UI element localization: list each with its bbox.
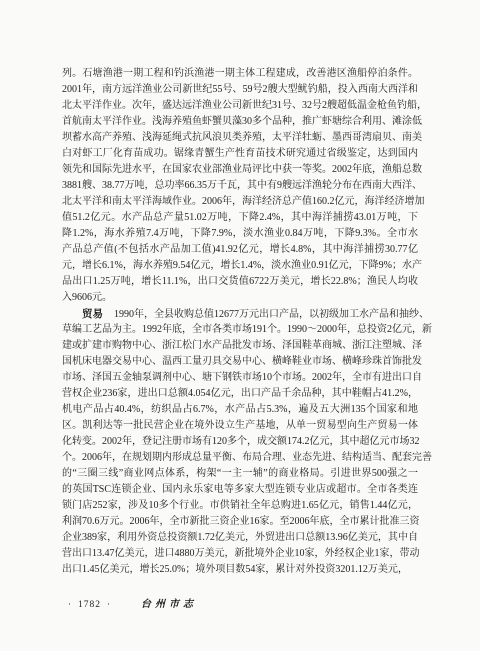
- page-number: ·1782·: [62, 597, 117, 612]
- text-line: 营权企业236家，进出口总额4.054亿元，出口产品千余品种，其中鞋帽占41.2…: [62, 386, 418, 402]
- section-heading-trade: 贸易: [82, 308, 103, 320]
- text-line: 坝蓄水高产养殖、浅海延绳式抗风浪贝类养殖，太平洋牡蛎、墨西哥湾扇贝、南美: [62, 130, 418, 146]
- text-line: 2001年，南方远洋渔业公司新世纪55号、59号2艘大型鱿钓船，投入西南大西洋和: [62, 82, 418, 98]
- text-line: 锁门店252家，涉及10多个行业。市供销社全年总购进1.65亿元，销售1.44亿…: [62, 498, 418, 514]
- text-line: 北太平洋和南太平洋海域作业。2006年，海洋经济总产值160.2亿元，海洋经济增…: [62, 194, 418, 210]
- text-line: 降1.2%，海水养殖7.4万吨，下降7.9%，淡水渔业0.84万吨，下降9.3%…: [62, 226, 418, 242]
- text-line: 出口1.45亿美元，增长25.0%；境外项目数54家，累计对外投资3201.12…: [62, 562, 418, 578]
- text-line: 国机床电器交易中心、温西工量刃具交易中心、横峰鞋业市场、横峰珍珠首饰批发: [62, 354, 418, 370]
- text-line: 入9606元。: [62, 290, 418, 306]
- paragraph-trade: 贸易1990年，全县收购总值12677万元出口产品，以初级加工水产品和抽纱、 草…: [62, 306, 418, 578]
- page-footer: ·1782· 台州市志: [62, 597, 418, 612]
- scanned-book-page: 列。石塘渔港一期工程和钓浜渔港一期主体工程建成，改善港区渔船停泊条件。 2001…: [0, 0, 480, 651]
- text-line: 化转变。2002年，登记注册市场有120多个，成交额174.2亿元，其中超亿元市…: [62, 434, 418, 450]
- page-number-value: 1782: [78, 598, 101, 612]
- paragraph-fishery: 列。石塘渔港一期工程和钓浜渔港一期主体工程建成，改善港区渔船停泊条件。 2001…: [62, 66, 418, 306]
- text-line: 白对虾工厂化育苗成功。锯缘青蟹生产性育苗技术研究通过省级鉴定，达到国内: [62, 146, 418, 162]
- text-line: 品出口1.25万吨，增长11.1%，出口交货值6722万美元，增长22.8%；渔…: [62, 274, 418, 290]
- text-line: 个。2006年，在规划期内形成总量平衡、布局合理、业态先进、结构适当、配套完善: [62, 450, 418, 466]
- text-line: 企业389家，利用外资总投资额1.72亿美元，外贸进出口总额13.96亿美元，其…: [62, 530, 418, 546]
- text-run: 1990年，全县收购总值12677万元出口产品，以初级加工水产品和抽纱、: [114, 309, 429, 320]
- text-line: 首航南太平洋作业。浅海养殖鱼虾蟹贝藻30多个品种，推广虾塘综合利用、滩涂低: [62, 114, 418, 130]
- text-line: 产品总产值(不包括水产品加工值)41.92亿元，增长4.8%，其中海洋捕捞30.…: [62, 242, 418, 258]
- text-line: 3881艘、38.77万吨，总功率66.35万千瓦，其中有9艘远洋渔轮分布在西南…: [62, 178, 418, 194]
- text-line: 建或扩建市购物中心、浙江松门水产品批发市场、泽国鞋革商城、浙江注塑城、泽: [62, 338, 418, 354]
- text-line: 市场、泽国五金轴泵调剂中心、塘下钢铁市场10个市场。2002年，全市有进出口自: [62, 370, 418, 386]
- text-line: 的“三圈三线”商业网点体系，构架“一主一辅”的商业格局。引进世界500强之一: [62, 466, 418, 482]
- footer-dot: ·: [62, 597, 78, 611]
- text-line: 北太平洋作业。次年，盛达远洋渔业公司新世纪31号、32号2艘超低温金枪鱼钓船，: [62, 98, 418, 114]
- text-line: 领先和国际先进水平，在国家农业部渔业局评比中获一等奖。2002年底，渔船总数: [62, 162, 418, 178]
- text-line: 的英国TSC连锁企业、国内永乐家电等多家大型连锁专业店或超市。全市各类连: [62, 482, 418, 498]
- text-line: 值51.2亿元。水产品总产量51.02万吨，下降2.4%，其中海洋捕捞43.01…: [62, 210, 418, 226]
- text-line: 利润70.6万元。2006年，全市新批三资企业16家。至2006年底，全市累计批…: [62, 514, 418, 530]
- text-line: 区。凯利达等一批民营企业在境外设立生产基地，从单一贸易型向生产贸易一体: [62, 418, 418, 434]
- text-line: 元，增长6.1%，海水养殖9.54亿元，增长1.4%，淡水渔业0.91亿元，下降…: [62, 258, 418, 274]
- text-line: 草编工艺品为主。1992年底，全市各类市场191个。1990～2000年，总投资…: [62, 322, 418, 338]
- text-line: 营出口13.47亿美元，进口4880万美元，新批境外企业10家，外经权企业1家，…: [62, 546, 418, 562]
- book-title: 台州市志: [141, 598, 197, 612]
- body-text: 列。石塘渔港一期工程和钓浜渔港一期主体工程建成，改善港区渔船停泊条件。 2001…: [62, 66, 418, 578]
- text-line: 机电产品占40.4%，纺织品占6.7%，水产品占5.3%，遍及五大洲135个国家…: [62, 402, 418, 418]
- text-line: 贸易1990年，全县收购总值12677万元出口产品，以初级加工水产品和抽纱、: [62, 306, 418, 322]
- text-line: 列。石塘渔港一期工程和钓浜渔港一期主体工程建成，改善港区渔船停泊条件。: [62, 66, 418, 82]
- footer-dot: ·: [101, 597, 117, 611]
